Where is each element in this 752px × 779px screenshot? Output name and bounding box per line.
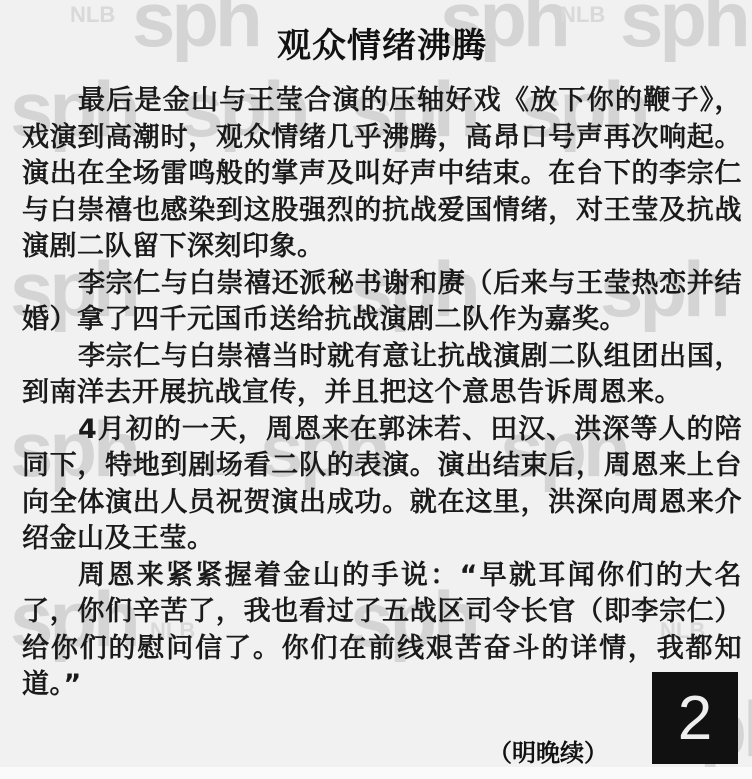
article-paragraph: 4月初的一天，周恩来在郭沫若、田汉、洪深等人的陪同下，特地到剧场看二队的表演。演… bbox=[22, 412, 742, 558]
article-paragraph: 最后是金山与王莹合演的压轴好戏《放下你的鞭子》，戏演到高潮时，观众情绪几乎沸腾，… bbox=[22, 83, 742, 266]
continuation-note: （明晚续） bbox=[488, 733, 608, 768]
article-paragraph: 李宗仁与白崇禧还派秘书谢和赓（后来与王莹热恋并结婚）拿了四千元国币送给抗战演剧二… bbox=[22, 266, 742, 339]
newspaper-clipping: sph sph sph NLB NLB sph sph sph sph sph … bbox=[0, 0, 752, 779]
article-paragraph: 周恩来紧紧握着金山的手说：“早就耳闻你们的大名了，你们辛苦了，我也看过了五战区司… bbox=[22, 558, 742, 704]
page-bottom-margin bbox=[0, 767, 752, 779]
part-number-badge: 2 bbox=[652, 672, 738, 764]
article-paragraph: 李宗仁与白崇禧当时就有意让抗战演剧二队组团出国，到南洋去开展抗战宣传，并且把这个… bbox=[22, 339, 742, 412]
article: 观众情绪沸腾 最后是金山与王莹合演的压轴好戏《放下你的鞭子》，戏演到高潮时，观众… bbox=[22, 18, 742, 704]
article-title: 观众情绪沸腾 bbox=[22, 18, 742, 67]
